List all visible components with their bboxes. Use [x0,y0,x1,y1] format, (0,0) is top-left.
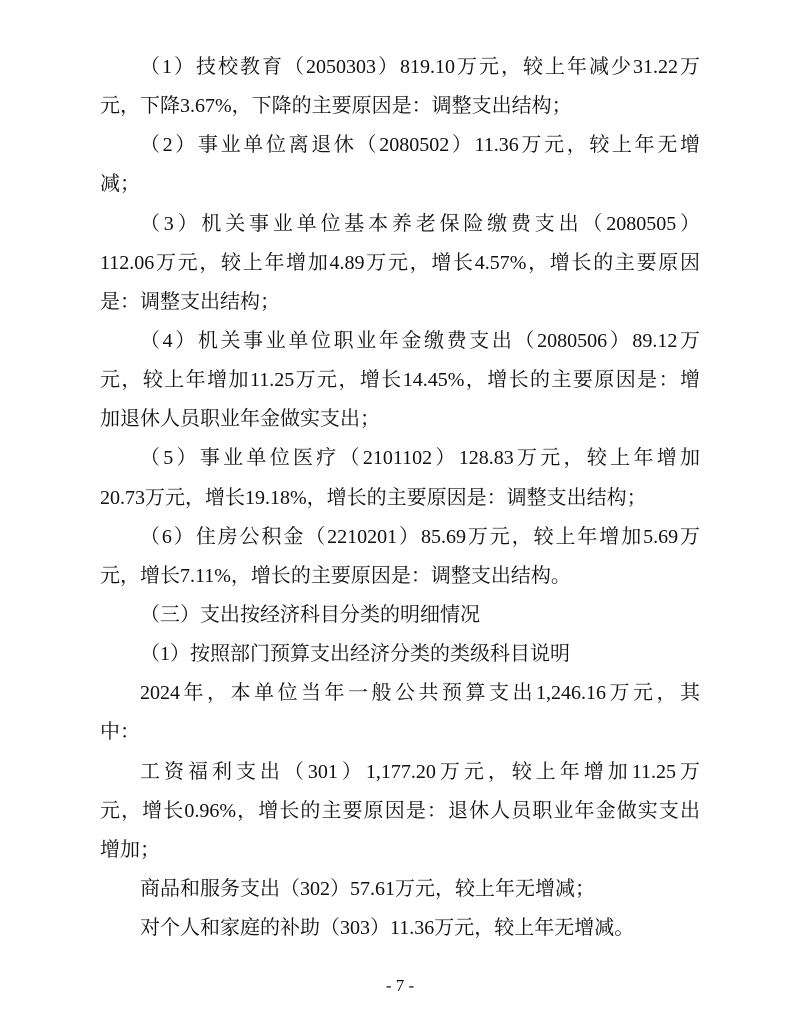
text-line: 对个人和家庭的补助（303）11.36万元，较上年无增减。 [100,909,700,948]
text-line: （4）机关事业单位职业年金缴费支出（2080506）89.12万 [100,322,700,361]
text-line: 元，增长7.11%，增长的主要原因是：调整支出结构。 [100,557,700,596]
text-line: 加退休人员职业年金做实支出； [100,400,700,439]
text-line: 20.73万元，增长19.18%，增长的主要原因是：调整支出结构； [100,479,700,518]
text-line: （6）住房公积金（2210201）85.69万元，较上年增加5.69万 [100,518,700,557]
text-line: （3）机关事业单位基本养老保险缴费支出（2080505） [100,205,700,244]
text-line: 工资福利支出（301）1,177.20万元，较上年增加11.25万 [100,753,700,792]
document-page: （1）技校教育（2050303）819.10万元，较上年减少31.22万 元，下… [0,0,800,1035]
section-heading: （1）按照部门预算支出经济分类的类级科目说明 [100,635,700,674]
text-line: 2024年，本单位当年一般公共预算支出1,246.16万元，其 [100,674,700,713]
text-line: （2）事业单位离退休（2080502）11.36万元，较上年无增 [100,126,700,165]
text-line: 减； [100,165,700,204]
text-line: 商品和服务支出（302）57.61万元，较上年无增减； [100,870,700,909]
text-line: 是：调整支出结构； [100,283,700,322]
section-heading: （三）支出按经济科目分类的明细情况 [100,596,700,635]
text-line: （1）技校教育（2050303）819.10万元，较上年减少31.22万 [100,48,700,87]
page-number: - 7 - [0,974,800,998]
text-line: 元，增长0.96%，增长的主要原因是：退休人员职业年金做实支出 [100,792,700,831]
document-body: （1）技校教育（2050303）819.10万元，较上年减少31.22万 元，下… [100,48,700,948]
text-line: 中： [100,713,700,752]
text-line: （5）事业单位医疗（2101102）128.83万元，较上年增加 [100,439,700,478]
text-line: 112.06万元，较上年增加4.89万元，增长4.57%，增长的主要原因 [100,244,700,283]
text-line: 元，下降3.67%，下降的主要原因是：调整支出结构； [100,87,700,126]
text-line: 元，较上年增加11.25万元，增长14.45%，增长的主要原因是：增 [100,361,700,400]
text-line: 增加； [100,831,700,870]
